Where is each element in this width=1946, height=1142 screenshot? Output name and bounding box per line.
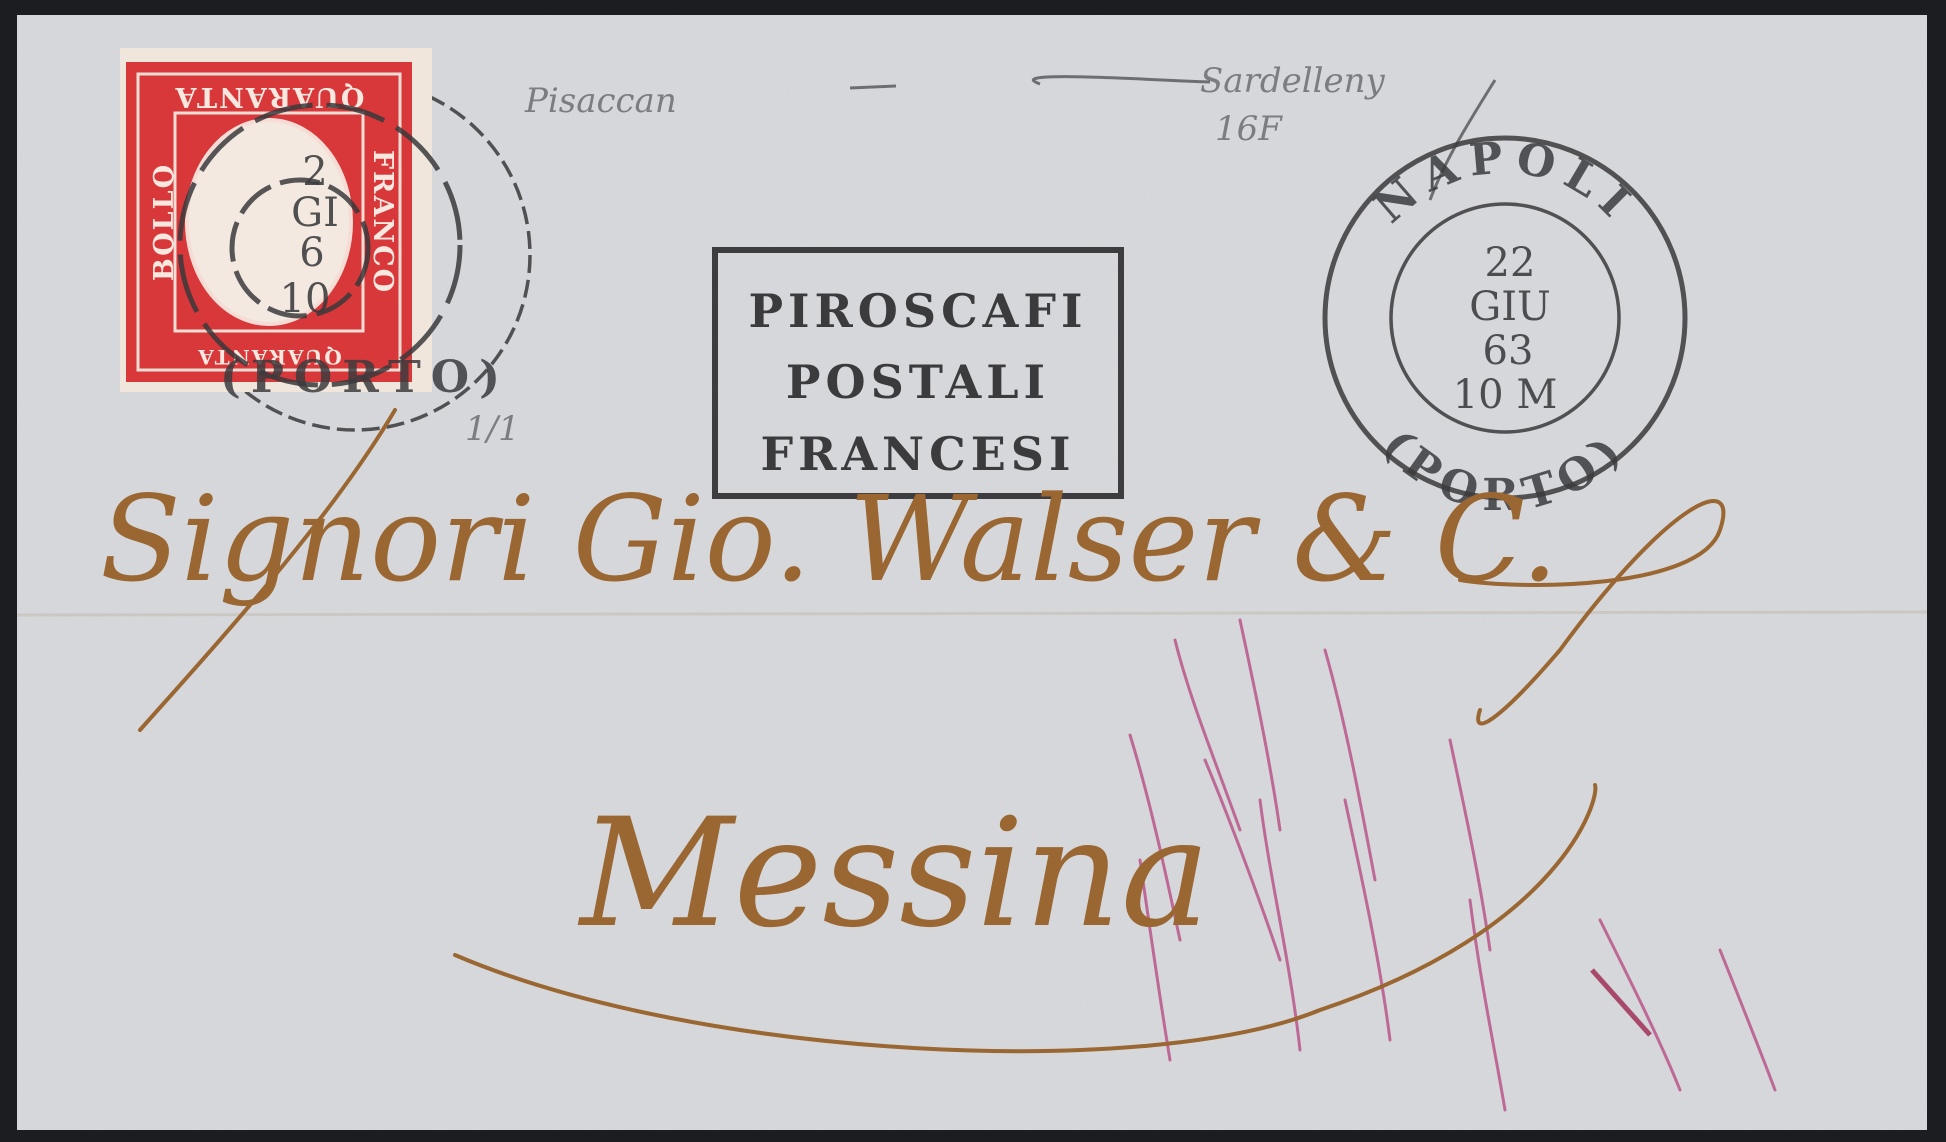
postal-cover: Pisaccan Sardelleny 16F 1/1 QUARANTA BOL… bbox=[0, 0, 1946, 1142]
address-line-1: Signori Gio. Walser & C. bbox=[100, 470, 1558, 608]
svg-text:6: 6 bbox=[299, 230, 324, 276]
pencil-note-1: Pisaccan bbox=[524, 81, 677, 121]
pencil-note-2: Sardelleny bbox=[1200, 61, 1385, 101]
postmark-time: 10 M bbox=[1453, 372, 1558, 418]
postmark-year: 63 bbox=[1483, 328, 1534, 374]
svg-text:10: 10 bbox=[280, 276, 331, 322]
svg-text:2: 2 bbox=[302, 149, 327, 195]
address-line-2: Messina bbox=[577, 787, 1210, 961]
stamp-left-text: BOLLO bbox=[149, 163, 180, 281]
svg-text:(PORTO): (PORTO) bbox=[220, 352, 510, 403]
svg-text:PIROSCAFI: PIROSCAFI bbox=[748, 284, 1087, 338]
stamp-right-text: FRANCO bbox=[367, 150, 398, 294]
postmark-month: GIU bbox=[1469, 284, 1550, 330]
postmark-day: 22 bbox=[1485, 240, 1536, 286]
svg-text:POSTALI: POSTALI bbox=[786, 355, 1050, 409]
pencil-note-3: 16F bbox=[1215, 109, 1283, 149]
pencil-note-4: 1/1 bbox=[465, 409, 520, 449]
